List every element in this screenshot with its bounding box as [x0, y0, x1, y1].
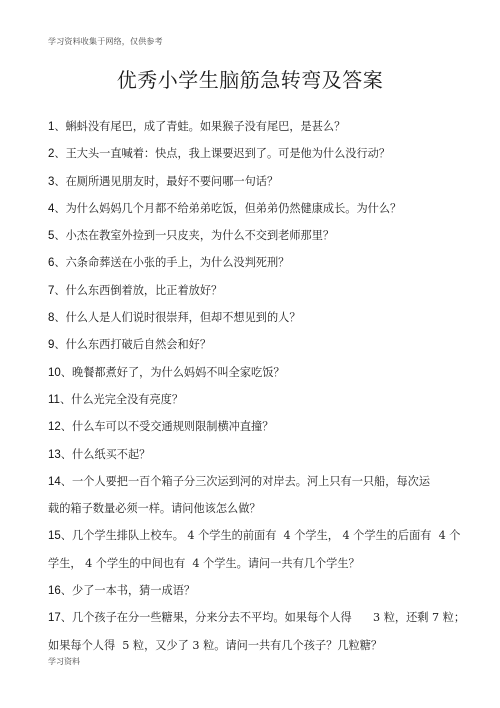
header-note: 学习资料收集于网络，仅供参考 — [48, 36, 163, 47]
question-separator: 、 — [61, 448, 72, 461]
question-item: 15、几个学生排队上校车。 4 个学生的前面有 4 个学生， 4 个学生的后面有… — [48, 527, 468, 554]
question-text: 学生， 4 个学生的中间也有 4 个学生。请问一共有几个学生？ — [48, 557, 360, 570]
question-text: 在厕所遇见朋友时，最好不要问哪一句话？ — [66, 175, 279, 188]
question-separator: 、 — [54, 147, 65, 160]
question-number: 11 — [48, 394, 60, 406]
question-item: 13、什么纸买不起？ — [48, 446, 468, 473]
question-number: 13 — [48, 449, 61, 461]
document-title: 优秀小学生脑筋急转弯及答案 — [0, 64, 500, 93]
question-separator: 、 — [61, 420, 72, 433]
question-number: 14 — [48, 476, 61, 488]
question-item: 14、一个人要把一百个箱子分三次运到河的对岸去。河上只有一只船，每次运 — [48, 473, 468, 500]
question-text: 什么人是人们说时很崇拜，但却不想见到的人？ — [66, 311, 301, 324]
question-text: 如果每个人得 5 粒，又少了 3 粒。请问一共有几个孩子？几粒糖？ — [48, 639, 382, 652]
question-separator: 、 — [61, 529, 72, 542]
question-separator: 、 — [60, 393, 71, 406]
question-text: 六条命葬送在小张的手上，为什么没判死刑？ — [66, 256, 290, 269]
question-item: 17、几个孩子在分一些糖果，分来分去不平均。如果每个人得 3 粒，还剩 7 粒； — [48, 609, 468, 636]
question-separator: 、 — [54, 256, 65, 269]
question-separator: 、 — [61, 611, 72, 624]
question-text: 载的箱子数量必须一样。请问他该怎么做？ — [48, 502, 261, 515]
question-item: 9、什么东西打破后自然会和好？ — [48, 336, 468, 363]
question-text: 什么东西打破后自然会和好？ — [66, 338, 211, 351]
question-text: 什么东西倒着放，比正着放好？ — [66, 284, 223, 297]
question-text: 几个孩子在分一些糖果，分来分去不平均。如果每个人得 3 粒，还剩 7 粒； — [72, 611, 465, 624]
question-number: 10 — [48, 367, 61, 379]
question-item: 3、在厕所遇见朋友时，最好不要问哪一句话？ — [48, 173, 468, 200]
question-text: 为什么妈妈几个月都不给弟弟吃饭，但弟弟仍然健康成长。为什么？ — [66, 202, 402, 215]
question-separator: 、 — [54, 120, 65, 133]
question-separator: 、 — [54, 229, 65, 242]
question-separator: 、 — [54, 284, 65, 297]
question-text: 什么纸买不起？ — [72, 448, 150, 461]
question-item: 7、什么东西倒着放，比正着放好？ — [48, 282, 468, 309]
question-continuation: 如果每个人得 5 粒，又少了 3 粒。请问一共有几个孩子？几粒糖？ — [48, 637, 468, 664]
question-item: 8、什么人是人们说时很崇拜，但却不想见到的人？ — [48, 309, 468, 336]
question-separator: 、 — [54, 338, 65, 351]
question-continuation: 学生， 4 个学生的中间也有 4 个学生。请问一共有几个学生？ — [48, 555, 468, 582]
question-item: 10、晚餐都煮好了，为什么妈妈不叫全家吃饭？ — [48, 364, 468, 391]
question-separator: 、 — [54, 202, 65, 215]
question-item: 11、什么光完全没有亮度？ — [48, 391, 468, 418]
question-item: 5、小杰在教室外捡到一只皮夹，为什么不交到老师那里？ — [48, 227, 468, 254]
question-separator: 、 — [61, 366, 72, 379]
question-item: 4、为什么妈妈几个月都不给弟弟吃饭，但弟弟仍然健康成长。为什么？ — [48, 200, 468, 227]
question-text: 王大头一直喊着：快点，我上课要迟到了。可是他为什么没行动？ — [66, 147, 390, 160]
question-item: 6、六条命葬送在小张的手上，为什么没判死刑？ — [48, 254, 468, 281]
question-item: 12、什么车可以不受交通规则限制横冲直撞？ — [48, 418, 468, 445]
question-separator: 、 — [61, 475, 72, 488]
question-text: 小杰在教室外捡到一只皮夹，为什么不交到老师那里？ — [66, 229, 335, 242]
question-item: 16、少了一本书，猜一成语？ — [48, 582, 468, 609]
footer-note: 学习资料 — [48, 656, 80, 667]
question-text: 什么车可以不受交通规则限制横冲直撞？ — [72, 420, 273, 433]
question-list: 1、蝌蚪没有尾巴，成了青蛙。如果猴子没有尾巴，是甚么？2、王大头一直喊着：快点，… — [48, 118, 468, 664]
question-separator: 、 — [61, 584, 72, 597]
question-number: 12 — [48, 421, 61, 433]
question-continuation: 载的箱子数量必须一样。请问他该怎么做？ — [48, 500, 468, 527]
question-separator: 、 — [54, 311, 65, 324]
question-text: 几个学生排队上校车。 4 个学生的前面有 4 个学生， 4 个学生的后面有 4 … — [72, 529, 460, 542]
question-number: 17 — [48, 612, 61, 624]
question-text: 蝌蚪没有尾巴，成了青蛙。如果猴子没有尾巴，是甚么？ — [66, 120, 346, 133]
question-text: 晚餐都煮好了，为什么妈妈不叫全家吃饭？ — [72, 366, 285, 379]
question-separator: 、 — [54, 175, 65, 188]
question-text: 少了一本书，猜一成语？ — [72, 584, 195, 597]
question-number: 16 — [48, 585, 61, 597]
question-number: 15 — [48, 530, 61, 542]
question-item: 2、王大头一直喊着：快点，我上课要迟到了。可是他为什么没行动？ — [48, 145, 468, 172]
question-text: 一个人要把一百个箱子分三次运到河的对岸去。河上只有一只船，每次运 — [72, 475, 430, 488]
question-item: 1、蝌蚪没有尾巴，成了青蛙。如果猴子没有尾巴，是甚么？ — [48, 118, 468, 145]
question-text: 什么光完全没有亮度？ — [71, 393, 183, 406]
